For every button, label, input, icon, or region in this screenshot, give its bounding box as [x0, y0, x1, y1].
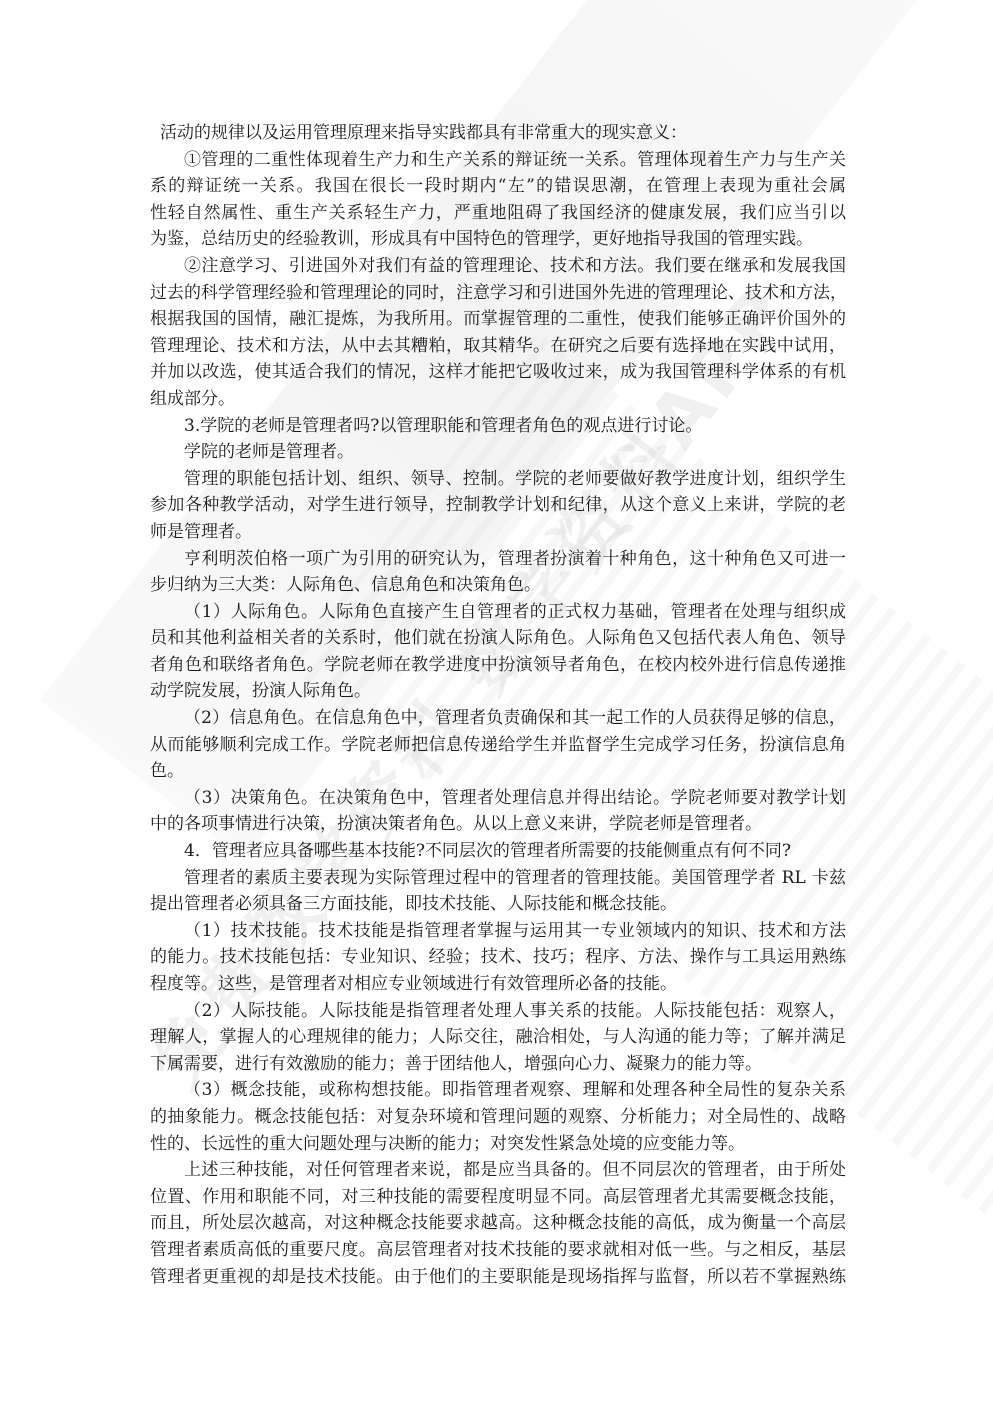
- text-line: 管理的职能包括计划、组织、领导、控制。学院的老师要做好教学进度计划，组织学生: [150, 466, 846, 493]
- text-line: （2）人际技能。人际技能是指管理者处理人事关系的技能。人际技能包括：观察人，: [150, 998, 846, 1025]
- text-line: 4．管理者应具备哪些基本技能?不同层次的管理者所需要的技能侧重点有何不同?: [150, 838, 846, 865]
- text-line: （1）技术技能。技术技能是指管理者掌握与运用其一专业领域内的知识、技术和方法: [150, 918, 846, 945]
- text-line: 系的辩证统一关系。我国在很长一段时期内“左”的错误思潮，在管理上表现为重社会属: [150, 173, 846, 200]
- text-line: 色。: [150, 758, 846, 785]
- text-line: 性的、长远性的重大问题处理与决断的能力；对突发性紧急处境的应变能力等。: [150, 1131, 846, 1158]
- text-line: ②注意学习、引进国外对我们有益的管理理论、技术和方法。我们要在继承和发展我国: [150, 253, 846, 280]
- text-line: 提出管理者必须具备三方面技能，即技术技能、人际技能和概念技能。: [150, 891, 846, 918]
- text-line: 亨利明茨伯格一项广为引用的研究认为，管理者扮演着十种角色，这十种角色又可进一: [150, 546, 846, 573]
- text-line: 下属需要，进行有效激励的能力；善于团结他人，增强向心力、凝聚力的能力等。: [150, 1051, 846, 1078]
- text-line: 步归纳为三大类：人际角色、信息角色和决策角色。: [150, 572, 846, 599]
- text-line: 性轻自然属性、重生产关系轻生产力，严重地阻碍了我国经济的健康发展，我们应当引以: [150, 200, 846, 227]
- text-line: 为鉴，总结历史的经验教训，形成具有中国特色的管理学，更好地指导我国的管理实践。: [150, 226, 846, 253]
- text-line: 管理者的素质主要表现为实际管理过程中的管理者的管理技能。美国管理学者 RL 卡兹: [150, 865, 846, 892]
- text-line: 学院的老师是管理者。: [150, 439, 846, 466]
- text-line: （3）决策角色。在决策角色中，管理者处理信息并得出结论。学院老师要对教学计划: [150, 785, 846, 812]
- text-line: 理解人，掌握人的心理规律的能力；人际交往，融洽相处，与人沟通的能力等；了解并满足: [150, 1024, 846, 1051]
- text-line: 师是管理者。: [150, 519, 846, 546]
- text-line: 程度等。这些，是管理者对相应专业领域进行有效管理所必备的技能。: [150, 971, 846, 998]
- text-line: 者角色和联络者角色。学院老师在教学进度中扮演领导者角色，在校内校外进行信息传递推: [150, 652, 846, 679]
- text-line: 组成部分。: [150, 386, 846, 413]
- text-line: 管理者素质高低的重要尺度。高层管理者对技术技能的要求就相对低一些。与之相反，基层: [150, 1237, 846, 1264]
- text-line: 从而能够顺利完成工作。学院老师把信息传递给学生并监督学生完成学习任务，扮演信息角: [150, 732, 846, 759]
- text-line: 管理理论、技术和方法，从中去其糟粕，取其精华。在研究之后要有选择地在实践中试用，: [150, 333, 846, 360]
- text-line: 并加以改选，使其适合我们的情况，这样才能把它吸收过来，成为我国管理科学体系的有机: [150, 359, 846, 386]
- text-line: 员和其他利益相关者的关系时，他们就在扮演人际角色。人际角色又包括代表人角色、领导: [150, 625, 846, 652]
- text-line: 位置、作用和职能不同，对三种技能的需要程度明显不同。高层管理者尤其需要概念技能，: [150, 1184, 846, 1211]
- document-body: 活动的规律以及运用管理原理来指导实践都具有非常重大的现实意义：①管理的二重性体现…: [150, 120, 846, 1290]
- text-line: 动学院发展，扮演人际角色。: [150, 678, 846, 705]
- text-line: 根据我国的国情，融汇提炼，为我所用。而掌握管理的二重性，使我们能够正确评价国外的: [150, 306, 846, 333]
- text-line: 中的各项事情进行决策，扮演决策者角色。从以上意义来讲，学院老师是管理者。: [150, 811, 846, 838]
- text-line: （1）人际角色。人际角色直接产生自管理者的正式权力基础，管理者在处理与组织成: [150, 599, 846, 626]
- text-line: 活动的规律以及运用管理原理来指导实践都具有非常重大的现实意义：: [150, 120, 846, 147]
- text-line: 3.学院的老师是管理者吗?以管理职能和管理者角色的观点进行讨论。: [150, 413, 846, 440]
- text-line: 而且，所处层次越高，对这种概念技能要求越高。这种概念技能的高低，成为衡量一个高层: [150, 1210, 846, 1237]
- text-line: （3）概念技能，或称构想技能。即指管理者观察、理解和处理各种全局性的复杂关系: [150, 1077, 846, 1104]
- text-line: 参加各种教学活动，对学生进行领导，控制教学计划和纪律，从这个意义上来讲，学院的老: [150, 492, 846, 519]
- text-line: （2）信息角色。在信息角色中，管理者负责确保和其一起工作的人员获得足够的信息，: [150, 705, 846, 732]
- text-line: 上述三种技能，对任何管理者来说，都是应当具备的。但不同层次的管理者，由于所处: [150, 1157, 846, 1184]
- text-line: 管理者更重视的却是技术技能。由于他们的主要职能是现场指挥与监督，所以若不掌握熟练: [150, 1264, 846, 1291]
- text-line: 的抽象能力。概念技能包括：对复杂环境和管理问题的观察、分析能力；对全局性的、战略: [150, 1104, 846, 1131]
- text-line: ①管理的二重性体现着生产力和生产关系的辩证统一关系。管理体现着生产力与生产关: [150, 147, 846, 174]
- text-line: 的能力。技术技能包括：专业知识、经验；技术、技巧；程序、方法、操作与工具运用熟练: [150, 944, 846, 971]
- text-line: 过去的科学管理经验和管理理论的同时，注意学习和引进国外先进的管理理论、技术和方法…: [150, 280, 846, 307]
